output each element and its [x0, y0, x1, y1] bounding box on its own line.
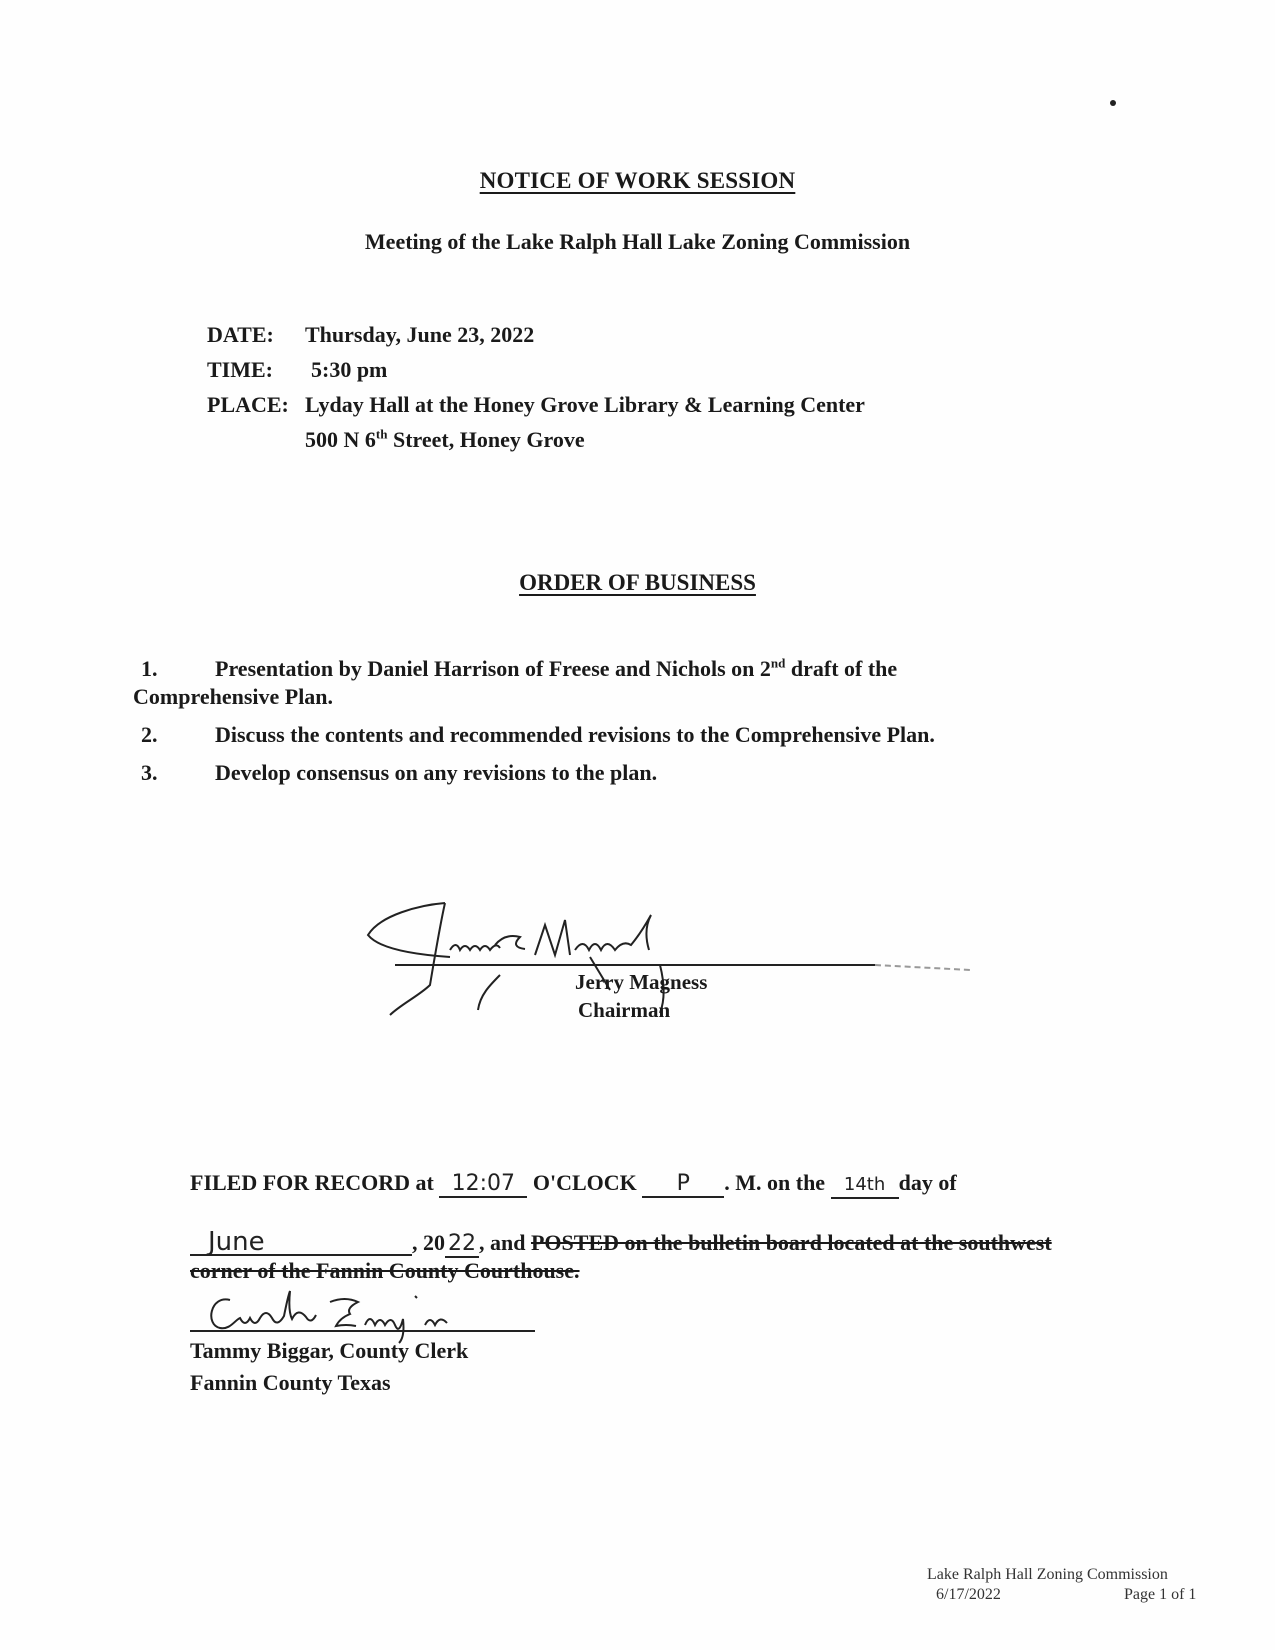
notice-subtitle: Meeting of the Lake Ralph Hall Lake Zoni… [0, 229, 1275, 255]
clerk-name: Tammy Biggar, County Clerk [190, 1338, 468, 1364]
notice-title: NOTICE OF WORK SESSION [0, 168, 1275, 194]
posted-struck-text: POSTED on the bulletin board located at … [531, 1230, 1052, 1255]
agenda-item-1-cont: Comprehensive Plan. [133, 684, 333, 710]
footer-org: Lake Ralph Hall Zoning Commission [927, 1566, 1168, 1584]
filed-day-field: 14th [831, 1173, 899, 1199]
clerk-signature-line [190, 1330, 535, 1332]
day-of-label: day of [899, 1170, 957, 1195]
footer-page: Page 1 of 1 [1124, 1586, 1196, 1604]
clerk-signature-icon [200, 1290, 530, 1340]
signature-line-tail [875, 964, 970, 971]
agenda-item-text: Presentation by Daniel Harrison of Frees… [215, 656, 771, 681]
agenda-item-sup: nd [771, 656, 785, 671]
place-row: PLACE:Lyday Hall at the Honey Grove Libr… [207, 392, 865, 418]
order-of-business-heading: ORDER OF BUSINESS [0, 570, 1275, 596]
time-row: TIME:5:30 pm [207, 357, 387, 383]
chairman-name: Jerry Magness [575, 970, 707, 995]
scan-speck [1110, 100, 1116, 106]
agenda-item-number: 1. [131, 656, 215, 682]
agenda-item-text-post: draft of the [785, 656, 897, 681]
address-post: Street, Honey Grove [387, 427, 584, 452]
m-on-the-label: . M. on the [724, 1170, 825, 1195]
and-label: , and [479, 1230, 525, 1255]
date-label: DATE: [207, 322, 305, 348]
filed-time-field: 12:07 [439, 1172, 527, 1198]
time-label: TIME: [207, 357, 311, 383]
filed-month-field: June [190, 1230, 412, 1256]
notice-title-text: NOTICE OF WORK SESSION [480, 168, 796, 193]
agenda-item-number: 3. [131, 760, 215, 786]
address-sup: th [376, 427, 388, 442]
agenda-item-1: 1.Presentation by Daniel Harrison of Fre… [131, 656, 897, 682]
posted-struck-text-cont: corner of the Fannin County Courthouse. [190, 1258, 580, 1284]
chairman-title: Chairman [578, 998, 670, 1023]
address-pre: 500 N 6 [305, 427, 376, 452]
agenda-item-text: Develop consensus on any revisions to th… [215, 760, 657, 785]
year-prefix: , 20 [412, 1230, 445, 1255]
date-value: Thursday, June 23, 2022 [305, 322, 534, 347]
time-value: 5:30 pm [311, 357, 387, 382]
filed-year-field: 22 [445, 1232, 479, 1258]
meridiem-field: P [642, 1172, 724, 1198]
agenda-item-text: Discuss the contents and recommended rev… [215, 722, 935, 747]
clerk-county: Fannin County Texas [190, 1370, 391, 1396]
chairman-signature-line [395, 964, 875, 966]
oclock-label: O'CLOCK [533, 1170, 637, 1195]
filed-for-record-line: FILED FOR RECORD at 12:07 O'CLOCK P. M. … [190, 1170, 957, 1199]
footer-date: 6/17/2022 [936, 1586, 1001, 1604]
order-heading-text: ORDER OF BUSINESS [519, 570, 756, 595]
place-address: 500 N 6th Street, Honey Grove [305, 427, 585, 453]
agenda-item-2: 2.Discuss the contents and recommended r… [131, 722, 935, 748]
filed-prefix: FILED FOR RECORD at [190, 1170, 434, 1195]
date-row: DATE:Thursday, June 23, 2022 [207, 322, 534, 348]
agenda-item-3: 3.Develop consensus on any revisions to … [131, 760, 657, 786]
place-line-1: Lyday Hall at the Honey Grove Library & … [305, 392, 865, 417]
place-label: PLACE: [207, 392, 305, 418]
agenda-item-number: 2. [131, 722, 215, 748]
filed-month-line: June, 2022, and POSTED on the bulletin b… [190, 1230, 1052, 1258]
